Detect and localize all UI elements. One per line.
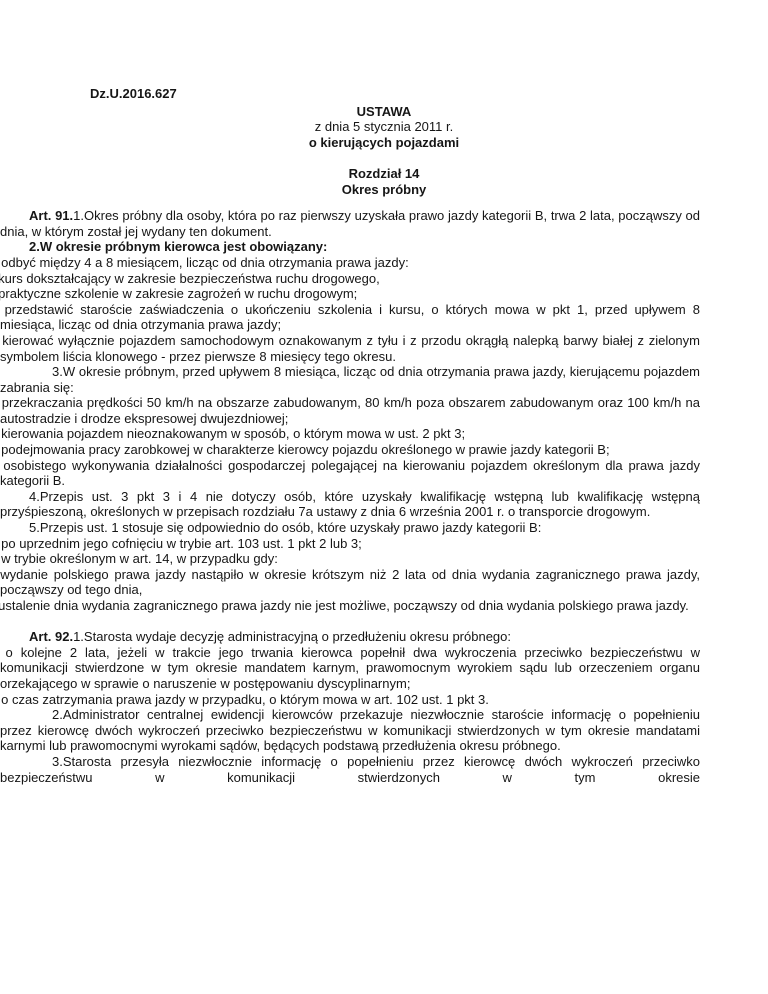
art91-ust2-pkt2: 2) przedstawić staroście zaświadczenia o… — [0, 302, 700, 333]
act-subject: o kierujących pojazdami — [0, 135, 768, 151]
art91-ust1: Art. 91.1.Okres próbny dla osoby, która … — [0, 208, 700, 239]
art92-ust3: 3.Starosta przesyła niezwłocznie informa… — [0, 754, 700, 785]
article-91-label: Art. 91. — [29, 208, 73, 223]
art91-ust2-pkt1-lit-a: a) kurs dokształcający w zakresie bezpie… — [0, 271, 700, 287]
art92-ust1-pkt1: 1) o kolejne 2 lata, jeżeli w trakcie je… — [0, 645, 700, 692]
chapter-number: Rozdział 14 — [0, 166, 768, 182]
art91-ust2-pkt3: 3) kierować wyłącznie pojazdem samochodo… — [0, 333, 700, 364]
chapter-title: Okres próbny — [0, 182, 768, 198]
document-page: Dz.U.2016.627 USTAWA z dnia 5 stycznia 2… — [0, 0, 768, 994]
art91-ust3-pkt2: 2) kierowania pojazdem nieoznakowanym w … — [0, 426, 700, 442]
art91-ust2-pkt1: 1) odbyć między 4 a 8 miesiącem, licząc … — [0, 255, 700, 271]
act-title: USTAWA — [0, 104, 768, 120]
art91-ust3-intro: 3.W okresie próbnym, przed upływem 8 mie… — [0, 364, 700, 395]
journal-number: Dz.U.2016.627 — [90, 86, 768, 102]
article-92-label: Art. 92. — [29, 629, 73, 644]
document-header: Dz.U.2016.627 USTAWA z dnia 5 stycznia 2… — [0, 0, 768, 197]
art91-ust4: 4.Przepis ust. 3 pkt 3 i 4 nie dotyczy o… — [0, 489, 700, 520]
art91-ust5-pkt2-lit-b: b) ustalenie dnia wydania zagranicznego … — [0, 598, 700, 614]
art91-ust5-pkt2: 2) w trybie określonym w art. 14, w przy… — [0, 551, 700, 567]
art91-ust3-pkt4: 4) osobistego wykonywania działalności g… — [0, 458, 700, 489]
art92-ust1-intro: Art. 92.1.Starosta wydaje decyzję admini… — [0, 629, 700, 645]
art91-ust5-pkt2-lit-a: a) wydanie polskiego prawa jazdy nastąpi… — [0, 567, 700, 598]
art91-ust3-pkt3: 3) podejmowania pracy zarobkowej w chara… — [0, 442, 700, 458]
art91-ust5-intro: 5.Przepis ust. 1 stosuje się odpowiednio… — [0, 520, 700, 536]
art92-ust1-pkt2: 2) o czas zatrzymania prawa jazdy w przy… — [0, 692, 700, 708]
art92-ust2: 2.Administrator centralnej ewidencji kie… — [0, 707, 700, 754]
act-date: z dnia 5 stycznia 2011 r. — [0, 119, 768, 135]
art91-ust5-pkt1: 1) po uprzednim jego cofnięciu w trybie … — [0, 536, 700, 552]
art91-ust2-pkt1-lit-b: b) praktyczne szkolenie w zakresie zagro… — [0, 286, 700, 302]
act-title-group: USTAWA z dnia 5 stycznia 2011 r. o kieru… — [0, 104, 768, 151]
chapter-heading-group: Rozdział 14 Okres próbny — [0, 166, 768, 197]
document-body: Art. 91.1.Okres próbny dla osoby, która … — [0, 208, 768, 785]
art91-ust2-intro: 2.W okresie próbnym kierowca jest obowią… — [0, 239, 700, 255]
section-gap — [0, 614, 700, 630]
art91-ust3-pkt1: 1) przekraczania prędkości 50 km/h na ob… — [0, 395, 700, 426]
